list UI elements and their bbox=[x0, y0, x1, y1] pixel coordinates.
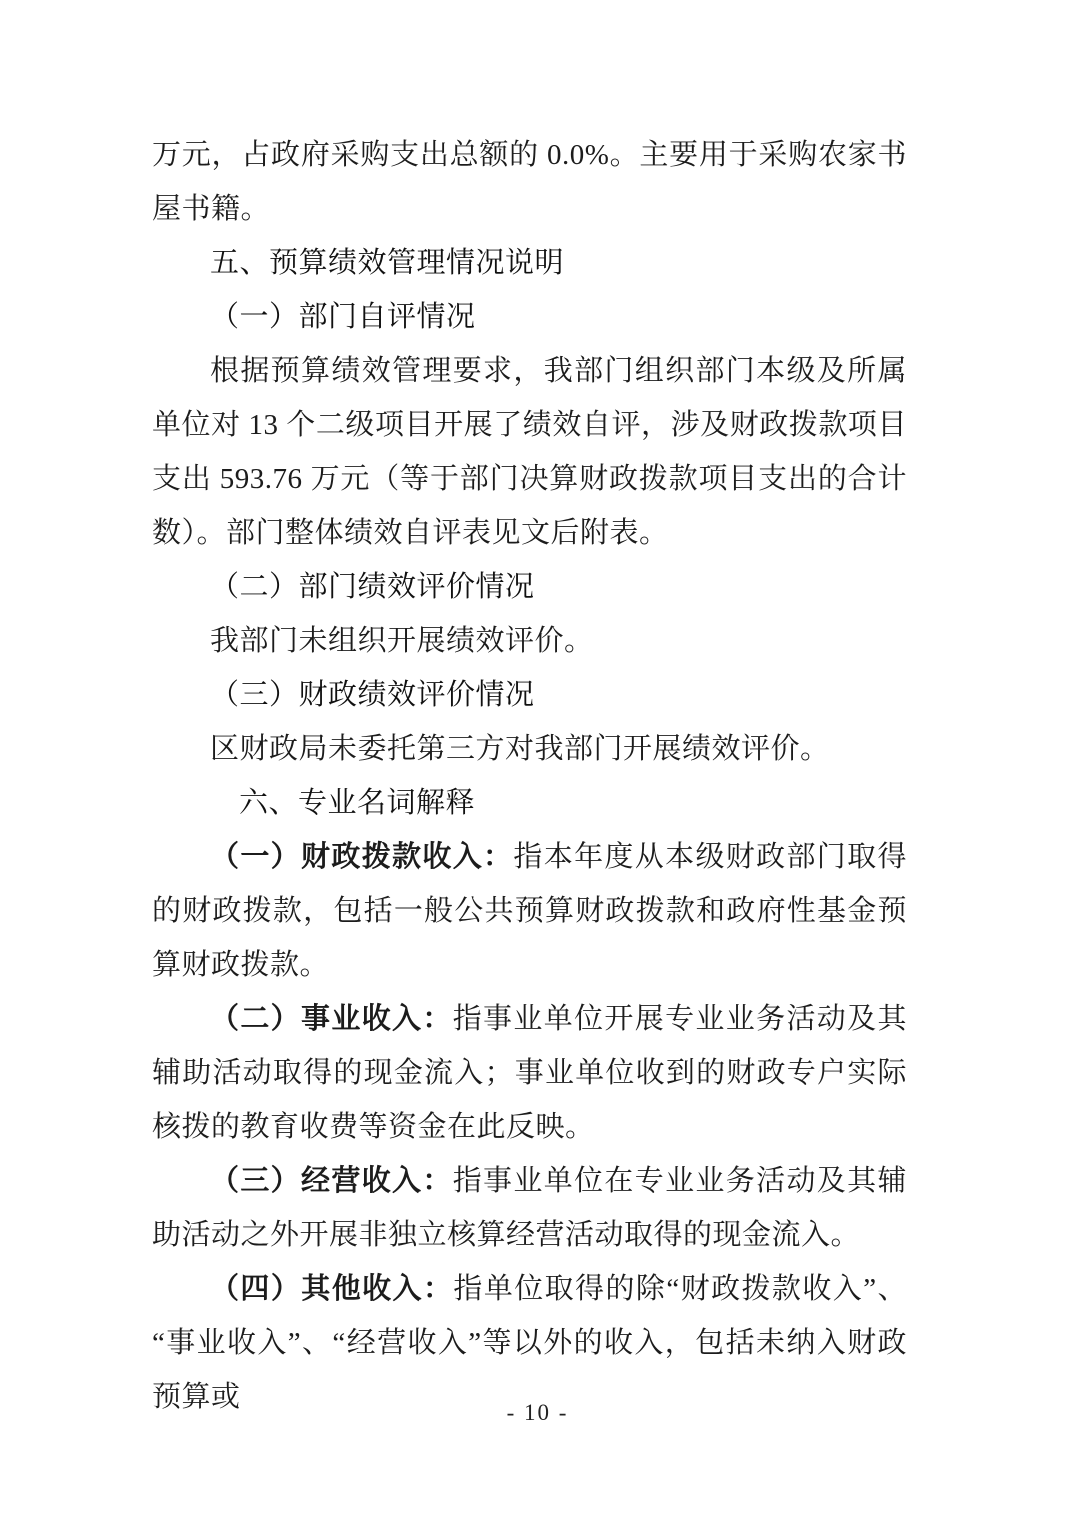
paragraph-finance-evaluation-detail: 区财政局未委托第三方对我部门开展绩效评价。 bbox=[152, 722, 907, 776]
page-number: - 10 - bbox=[0, 1398, 1075, 1428]
subsection-heading-2-department-evaluation: （二）部门绩效评价情况 bbox=[152, 560, 907, 614]
section-heading-6-terminology: 六、专业名词解释 bbox=[152, 776, 907, 830]
paragraph-department-evaluation-detail: 我部门未组织开展绩效评价。 bbox=[152, 614, 907, 668]
continuation-paragraph-procurement: 万元，占政府采购支出总额的 0.0%。主要用于采购农家书屋书籍。 bbox=[152, 128, 907, 236]
term-lead-fiscal-appropriation-income: （一）财政拨款收入： bbox=[210, 841, 513, 873]
subsection-heading-3-finance-evaluation: （三）财政绩效评价情况 bbox=[152, 668, 907, 722]
term-paragraph-public-institution-income: （二）事业收入：指事业单位开展专业业务活动及其辅助活动取得的现金流入；事业单位收… bbox=[152, 992, 907, 1154]
document-page: 万元，占政府采购支出总额的 0.0%。主要用于采购农家书屋书籍。 五、预算绩效管… bbox=[0, 0, 1075, 1520]
term-paragraph-fiscal-appropriation-income: （一）财政拨款收入：指本年度从本级财政部门取得的财政拨款，包括一般公共预算财政拨… bbox=[152, 830, 907, 992]
section-heading-5-performance-management: 五、预算绩效管理情况说明 bbox=[152, 236, 907, 290]
term-lead-other-income: （四）其他收入： bbox=[210, 1273, 453, 1305]
document-body: 万元，占政府采购支出总额的 0.0%。主要用于采购农家书屋书籍。 五、预算绩效管… bbox=[152, 128, 907, 1424]
term-paragraph-operating-income: （三）经营收入：指事业单位在专业业务活动及其辅助活动之外开展非独立核算经营活动取… bbox=[152, 1154, 907, 1262]
subsection-heading-1-self-evaluation: （一）部门自评情况 bbox=[152, 290, 907, 344]
term-lead-operating-income: （三）经营收入： bbox=[210, 1165, 453, 1197]
term-lead-public-institution-income: （二）事业收入： bbox=[210, 1003, 453, 1035]
paragraph-self-evaluation-detail: 根据预算绩效管理要求，我部门组织部门本级及所属单位对 13 个二级项目开展了绩效… bbox=[152, 344, 907, 560]
